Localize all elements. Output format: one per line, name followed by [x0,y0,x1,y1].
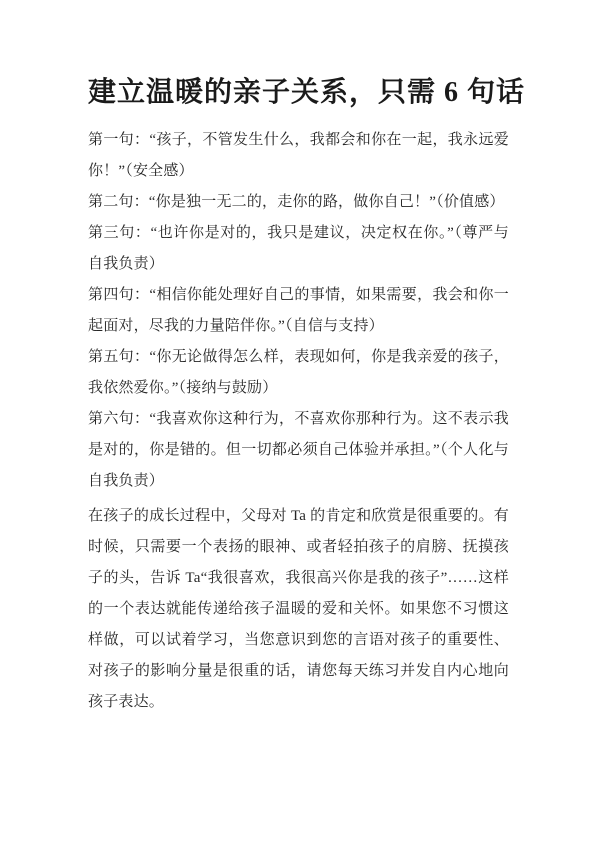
paragraph-sentence-6: 第六句：“我喜欢你这种行为，不喜欢你那种行为。这不表示我是对的，你是错的。但一切… [88,404,509,497]
paragraph-sentence-1: 第一句：“孩子，不管发生什么，我都会和你在一起，我永远爱你！”（安全感） [88,125,509,187]
paragraph-sentence-2: 第二句：“你是独一无二的，走你的路，做你自己！”（价值感） [88,187,509,218]
paragraph-sentence-4: 第四句：“相信你能处理好自己的事情，如果需要，我会和你一起面对，尽我的力量陪伴你… [88,280,509,342]
document-content: 建立温暖的亲子关系，只需 6 句话 第一句：“孩子，不管发生什么，我都会和你在一… [88,74,509,718]
paragraph-sentence-5: 第五句：“你无论做得怎么样，表现如何，你是我亲爱的孩子，我依然爱你。”（接纳与鼓… [88,342,509,404]
paragraph-sentence-3: 第三句：“也许你是对的，我只是建议，决定权在你。”（尊严与自我负责） [88,218,509,280]
document-page: 建立温暖的亲子关系，只需 6 句话 第一句：“孩子，不管发生什么，我都会和你在一… [0,0,596,842]
paragraph-closing: 在孩子的成长过程中，父母对 Ta 的肯定和欣赏是很重要的。有时候，只需要一个表扬… [88,501,509,718]
document-title: 建立温暖的亲子关系，只需 6 句话 [88,74,509,112]
